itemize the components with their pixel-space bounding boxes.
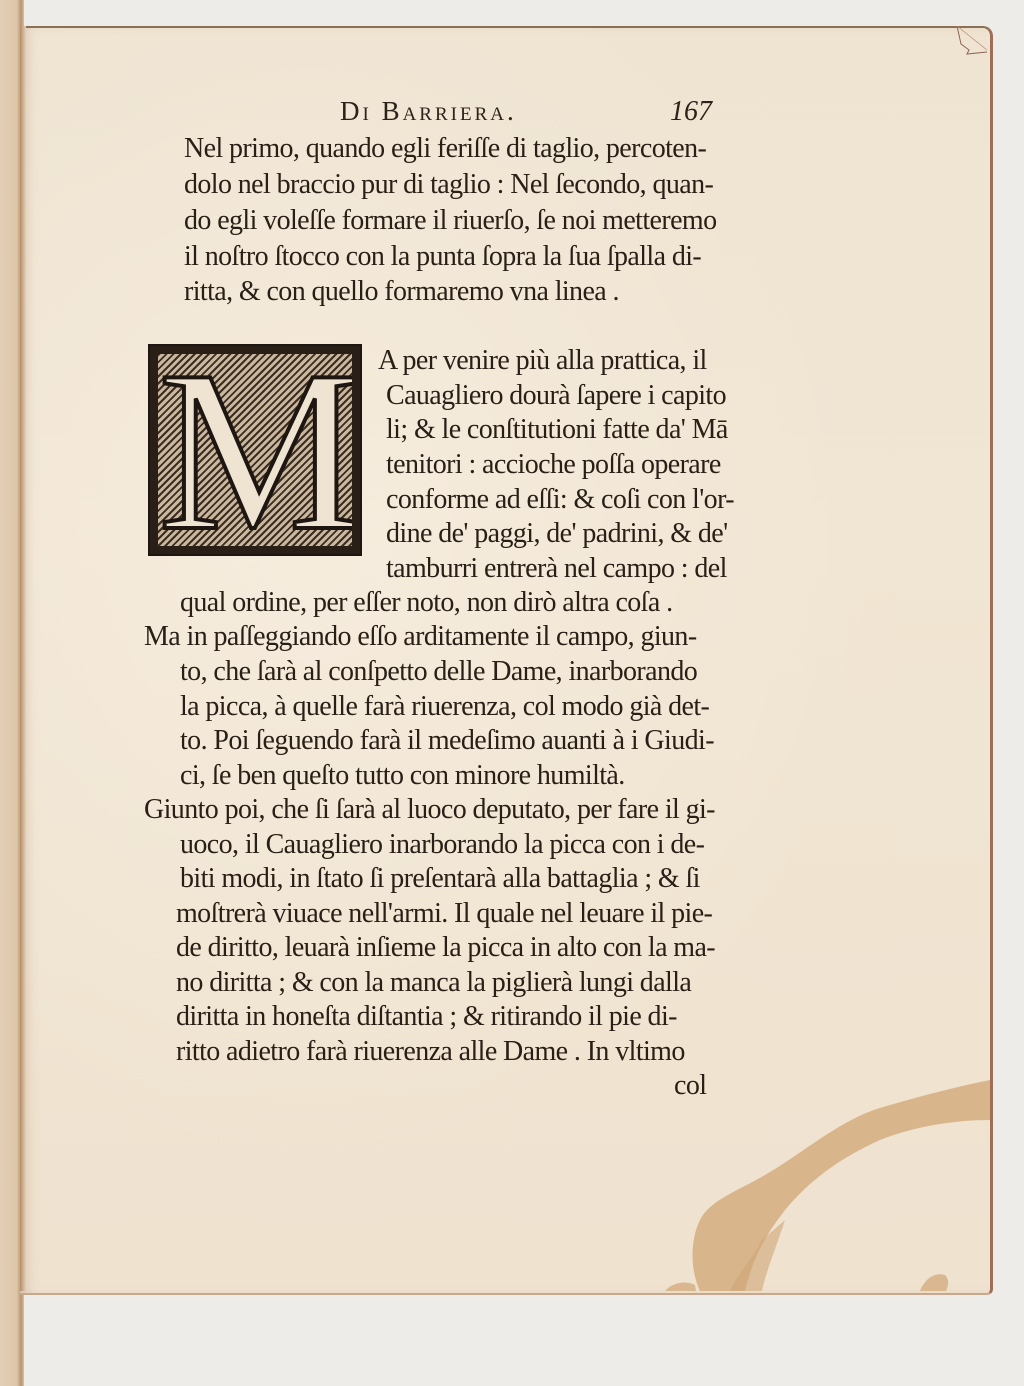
text-line: ci, ſe ben queſto tutto con minore humil… xyxy=(180,759,625,793)
text-line: uoco, il Cauagliero inarborando la picca… xyxy=(180,828,704,862)
text-line: do egli voleſſe formare il riuerſo, ſe n… xyxy=(184,204,717,238)
decorated-initial: M xyxy=(148,344,362,556)
text-line: tamburri entrerà nel campo : del xyxy=(386,552,727,586)
text-line: qual ordine, per eſſer noto, non dirò al… xyxy=(180,586,673,620)
catchword: col xyxy=(674,1069,706,1103)
page-number: 167 xyxy=(670,96,712,128)
water-stain xyxy=(500,1080,990,1291)
text-line: Nel primo, quando egli feriſſe di taglio… xyxy=(184,132,706,166)
text-line: conforme ad eſſi: & coſi con l'or- xyxy=(386,483,734,517)
text-line: ritta, & con quello formaremo vna linea … xyxy=(184,275,619,309)
drop-cap-letter: M xyxy=(158,354,352,546)
gutter-shadow xyxy=(20,26,26,1291)
text-line: moſtrerà viuace nell'armi. Il quale nel … xyxy=(176,897,712,931)
text-line: to. Poi ſeguendo farà il medeſimo auanti… xyxy=(180,724,714,758)
page-header: Di Barriera. 167 xyxy=(0,96,1024,136)
torn-corner-icon xyxy=(955,26,989,60)
text-line: A per venire più alla prattica, il xyxy=(378,344,707,378)
text-line: to, che ſarà al conſpetto delle Dame, in… xyxy=(180,655,697,689)
text-line: de diritto, leuarà inſieme la picca in a… xyxy=(176,931,715,965)
woodcut-illustration: M xyxy=(158,354,352,546)
text-line: la picca, à quelle farà riuerenza, col m… xyxy=(180,690,709,724)
text-line: li; & le conſtitutioni fatte da' Mā xyxy=(386,413,728,447)
text-line: il noſtro ſtocco con la punta ſopra la ſ… xyxy=(184,240,701,274)
text-line: Ma in paſſeggiando eſſo arditamente il c… xyxy=(144,620,697,654)
text-line: biti modi, in ſtato ſi preſentarà alla b… xyxy=(180,862,700,896)
text-line: Cauagliero dourà ſapere i capito xyxy=(386,379,726,413)
text-line: Giunto poi, che ſi ſarà al luoco deputat… xyxy=(144,793,715,827)
text-line: ritto adietro farà riuerenza alle Dame .… xyxy=(176,1035,685,1069)
text-line: dine de' paggi, de' padrini, & de' xyxy=(386,517,728,551)
text-line: diritta in honeſta diſtantia ; & ritiran… xyxy=(176,1000,677,1034)
text-line: no diritta ; & con la manca la piglierà … xyxy=(176,966,691,1000)
running-head: Di Barriera. xyxy=(340,96,517,127)
text-line: tenitori : accioche poſſa operare xyxy=(386,448,721,482)
text-line: dolo nel braccio pur di taglio : Nel ſec… xyxy=(184,168,713,202)
